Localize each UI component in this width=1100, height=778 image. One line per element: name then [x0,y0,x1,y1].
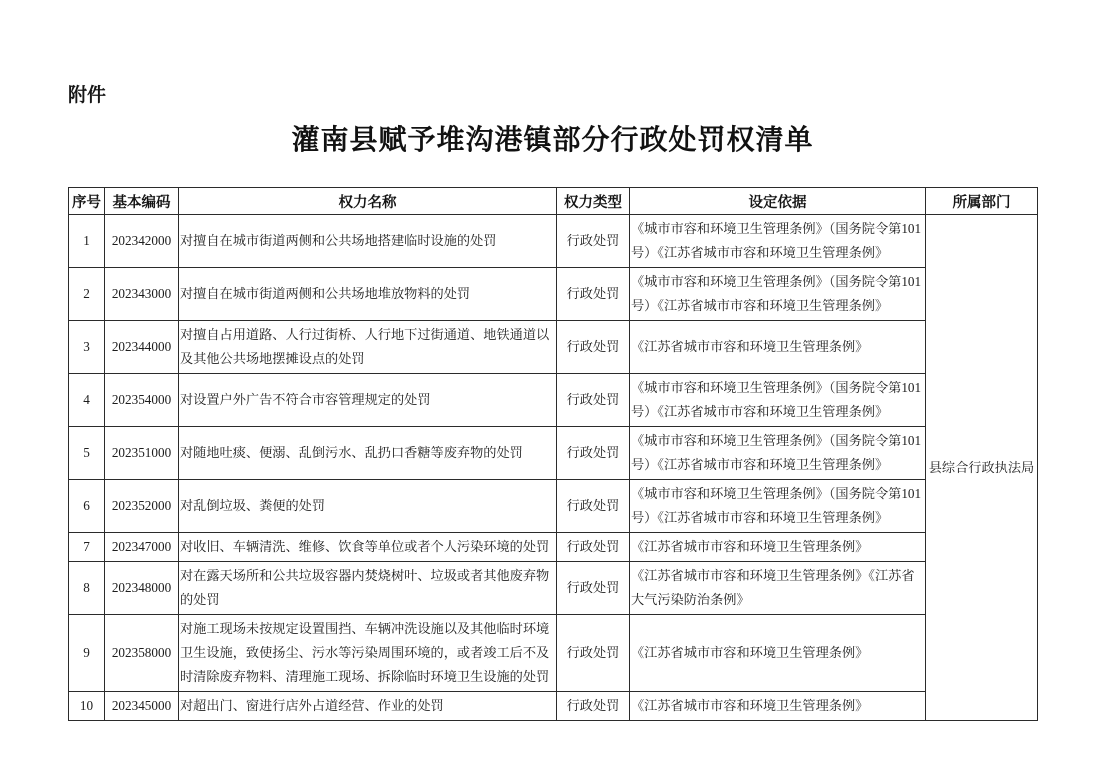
table-row: 6 202352000 对乱倒垃圾、粪便的处罚 行政处罚 《城市市容和环境卫生管… [69,480,1038,533]
legal-basis-cell: 《城市市容和环境卫生管理条例》（国务院令第101号）《江苏省城市市容和环境卫生管… [630,268,926,321]
table-row: 5 202351000 对随地吐痰、便溺、乱倒污水、乱扔口香糖等废弃物的处罚 行… [69,427,1038,480]
row-index-cell: 2 [69,268,105,321]
table-row: 4 202354000 对设置户外广告不符合市容管理规定的处罚 行政处罚 《城市… [69,374,1038,427]
row-index-cell: 7 [69,533,105,562]
legal-basis-cell: 《江苏省城市市容和环境卫生管理条例》 [630,692,926,721]
power-name-cell: 对收旧、车辆清洗、维修、饮食等单位或者个人污染环境的处罚 [179,533,557,562]
document-page: 附件 灌南县赋予堆沟港镇部分行政处罚权清单 序号 基本编码 权力名称 权力类型 … [0,0,1100,778]
power-type-cell: 行政处罚 [557,427,630,480]
legal-basis-cell: 《江苏省城市市容和环境卫生管理条例》 [630,533,926,562]
legal-basis-cell: 《城市市容和环境卫生管理条例》（国务院令第101号）《江苏省城市市容和环境卫生管… [630,215,926,268]
power-name-cell: 对设置户外广告不符合市容管理规定的处罚 [179,374,557,427]
power-type-cell: 行政处罚 [557,692,630,721]
power-name-cell: 对擅自在城市街道两侧和公共场地堆放物料的处罚 [179,268,557,321]
power-name-cell: 对超出门、窗进行店外占道经营、作业的处罚 [179,692,557,721]
power-name-cell: 对擅自在城市街道两侧和公共场地搭建临时设施的处罚 [179,215,557,268]
table-row: 9 202358000 对施工现场未按规定设置围挡、车辆冲洗设施以及其他临时环境… [69,615,1038,692]
table-row: 1 202342000 对擅自在城市街道两侧和公共场地搭建临时设施的处罚 行政处… [69,215,1038,268]
row-index-cell: 5 [69,427,105,480]
table-row: 2 202343000 对擅自在城市街道两侧和公共场地堆放物料的处罚 行政处罚 … [69,268,1038,321]
basic-code-cell: 202347000 [105,533,179,562]
attachment-label: 附件 [68,84,1100,108]
power-type-cell: 行政处罚 [557,480,630,533]
row-index-cell: 4 [69,374,105,427]
power-type-cell: 行政处罚 [557,615,630,692]
row-index-cell: 3 [69,321,105,374]
basic-code-cell: 202342000 [105,215,179,268]
basic-code-cell: 202351000 [105,427,179,480]
power-type-cell: 行政处罚 [557,562,630,615]
power-type-cell: 行政处罚 [557,321,630,374]
power-type-cell: 行政处罚 [557,215,630,268]
row-index-cell: 9 [69,615,105,692]
power-name-cell: 对施工现场未按规定设置围挡、车辆冲洗设施以及其他临时环境卫生设施，致使扬尘、污水… [179,615,557,692]
table-row: 7 202347000 对收旧、车辆清洗、维修、饮食等单位或者个人污染环境的处罚… [69,533,1038,562]
table-row: 10 202345000 对超出门、窗进行店外占道经营、作业的处罚 行政处罚 《… [69,692,1038,721]
basic-code-cell: 202343000 [105,268,179,321]
basic-code-cell: 202352000 [105,480,179,533]
power-name-cell: 对乱倒垃圾、粪便的处罚 [179,480,557,533]
legal-basis-cell: 《城市市容和环境卫生管理条例》（国务院令第101号）《江苏省城市市容和环境卫生管… [630,427,926,480]
table-header-row: 序号 基本编码 权力名称 权力类型 设定依据 所属部门 [69,188,1038,215]
col-header-type: 权力类型 [557,188,630,215]
power-name-cell: 对擅自占用道路、人行过街桥、人行地下过街通道、地铁通道以及其他公共场地摆摊设点的… [179,321,557,374]
table-row: 3 202344000 对擅自占用道路、人行过街桥、人行地下过街通道、地铁通道以… [69,321,1038,374]
row-index-cell: 6 [69,480,105,533]
col-header-department: 所属部门 [926,188,1038,215]
row-index-cell: 1 [69,215,105,268]
table-row: 8 202348000 对在露天场所和公共垃圾容器内焚烧树叶、垃圾或者其他废弃物… [69,562,1038,615]
col-header-name: 权力名称 [179,188,557,215]
legal-basis-cell: 《江苏省城市市容和环境卫生管理条例》 [630,615,926,692]
basic-code-cell: 202358000 [105,615,179,692]
power-type-cell: 行政处罚 [557,268,630,321]
legal-basis-cell: 《城市市容和环境卫生管理条例》（国务院令第101号）《江苏省城市市容和环境卫生管… [630,480,926,533]
basic-code-cell: 202348000 [105,562,179,615]
power-name-cell: 对在露天场所和公共垃圾容器内焚烧树叶、垃圾或者其他废弃物的处罚 [179,562,557,615]
row-index-cell: 8 [69,562,105,615]
legal-basis-cell: 《江苏省城市市容和环境卫生管理条例》《江苏省大气污染防治条例》 [630,562,926,615]
department-cell: 县综合行政执法局 [926,215,1038,721]
power-type-cell: 行政处罚 [557,374,630,427]
legal-basis-cell: 《江苏省城市市容和环境卫生管理条例》 [630,321,926,374]
page-title: 灌南县赋予堆沟港镇部分行政处罚权清单 [68,124,1037,158]
row-index-cell: 10 [69,692,105,721]
col-header-basis: 设定依据 [630,188,926,215]
col-header-index: 序号 [69,188,105,215]
basic-code-cell: 202354000 [105,374,179,427]
power-type-cell: 行政处罚 [557,533,630,562]
penalty-powers-table: 序号 基本编码 权力名称 权力类型 设定依据 所属部门 1 202342000 … [68,187,1038,721]
col-header-code: 基本编码 [105,188,179,215]
legal-basis-cell: 《城市市容和环境卫生管理条例》（国务院令第101号）《江苏省城市市容和环境卫生管… [630,374,926,427]
basic-code-cell: 202344000 [105,321,179,374]
basic-code-cell: 202345000 [105,692,179,721]
power-name-cell: 对随地吐痰、便溺、乱倒污水、乱扔口香糖等废弃物的处罚 [179,427,557,480]
